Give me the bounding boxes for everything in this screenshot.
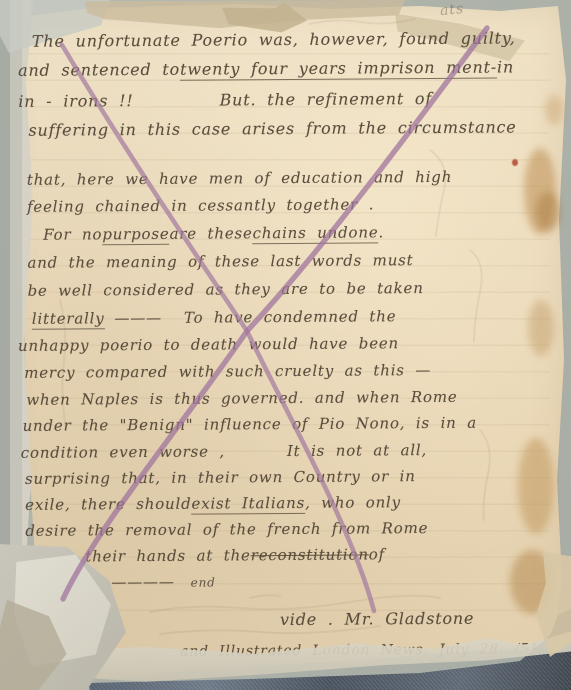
manuscript-photo: The unfortunate Poerio was, however, fou… [0,0,571,690]
handwriting-layer: The unfortunate Poerio was, however, fou… [0,0,571,690]
manuscript-text: and Illustrated London News. July 28. /5… [180,641,545,660]
manuscript-text: The unfortunate Poerio was, however, fou… [32,28,516,50]
manuscript-text: Italy [28,574,66,592]
manuscript-line: Italy——————end [28,572,216,591]
manuscript-text: vide . Mr. Gladstone [280,609,474,629]
manuscript-text: ——— [114,309,162,327]
manuscript-text: to try their hands at the [23,546,250,566]
manuscript-text: For no [43,225,102,243]
manuscript-text: in [497,57,514,76]
manuscript-text: and the meaning of these last words must [27,251,413,272]
manuscript-text: mercy compared with such cruelty as this… [24,361,431,382]
manuscript-line: in - irons !!But. the refinement of [18,89,432,111]
manuscript-line: suffering in this case arises from the c… [28,117,516,139]
manuscript-text: But. the refinement of [219,89,432,109]
manuscript-text: litterally [32,309,105,330]
manuscript-text: that, here we have men of education and … [27,168,452,189]
manuscript-text: exist Italians [191,494,305,515]
manuscript-text: in - irons !! [18,91,133,111]
manuscript-line: exile, there should exist Italians, who … [25,493,401,516]
manuscript-line: and Illustrated London News. July 28. /5… [180,641,545,660]
manuscript-line: unhappy poerio to death would have been [18,334,399,355]
manuscript-text: feeling chained in cessantly together . [27,195,374,215]
manuscript-line: feeling chained in cessantly together . [27,195,374,215]
manuscript-line: and sentenced to twenty four years impri… [18,57,514,81]
manuscript-text: when Naples is thus governed. and when R… [26,388,457,409]
manuscript-text: chains undone [253,223,379,244]
manuscript-text: under the "Benign" influence of Pio Nono… [22,414,476,435]
faint-fragment: ats [439,1,465,19]
manuscript-text: It is not at all, [287,441,427,460]
manuscript-line: The unfortunate Poerio was, however, fou… [32,28,516,50]
manuscript-text: purpose [102,225,169,245]
manuscript-text: , who only [305,493,401,512]
manuscript-line: For no purpose are these chains undone . [43,223,384,245]
manuscript-text: . [378,223,384,241]
manuscript-line: desire the removal of the french from Ro… [25,519,428,540]
manuscript-line: be well considered as they are to be tak… [28,279,424,300]
manuscript-text: unhappy poerio to death would have been [18,334,399,355]
manuscript-line: and the meaning of these last words must [27,251,413,272]
manuscript-text: reconstitution [251,545,369,564]
manuscript-text: To have condemned the [184,307,397,326]
manuscript-text: condition even worse , [21,442,225,461]
manuscript-text: twenty four years imprison ment- [180,58,497,81]
manuscript-text: be well considered as they are to be tak… [28,279,424,300]
manuscript-line: condition even worse ,It is not at all, [21,441,427,462]
manuscript-line: to try their hands at the reconstitution… [23,545,385,566]
manuscript-text: suffering in this case arises from the c… [28,117,516,139]
manuscript-line: litterally———To have condemned the [32,307,397,330]
manuscript-line: vide . Mr. Gladstone [280,609,474,629]
manuscript-text: surprising that, in their own Country or… [25,467,416,488]
manuscript-text: desire the removal of the french from Ro… [25,519,428,540]
manuscript-line: surprising that, in their own Country or… [25,467,416,488]
manuscript-text: —————— [80,573,175,592]
manuscript-text: are these [169,224,252,243]
manuscript-text: exile, there should [25,495,191,514]
manuscript-text: and sentenced to [18,60,180,80]
manuscript-line: that, here we have men of education and … [27,168,452,189]
manuscript-line: under the "Benign" influence of Pio Nono… [22,414,476,435]
manuscript-text: end [191,575,216,589]
manuscript-text: of [369,545,385,563]
manuscript-line: mercy compared with such cruelty as this… [24,361,431,382]
manuscript-line: when Naples is thus governed. and when R… [26,388,457,409]
